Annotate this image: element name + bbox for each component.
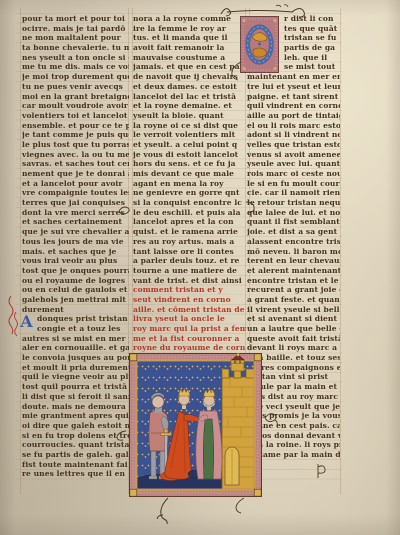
text-line: donques prist tristan xyxy=(22,314,129,324)
text-line: avoit fait remanoir la xyxy=(133,43,246,53)
text-line: galehols jen mettrai mlt xyxy=(22,295,129,305)
text-line: queste avoit fait tristā xyxy=(247,334,340,344)
pen-flourish xyxy=(114,428,128,442)
text-line: courroucies. quant tristan xyxy=(22,440,129,450)
text-line: terent en leur chevaux xyxy=(247,256,340,266)
text-line: lancelot del lac et tristā xyxy=(133,92,246,102)
text-line: ou en celui de gaulois et xyxy=(22,285,129,295)
text-line: durement xyxy=(22,305,129,315)
text-line: tourne a une matiere de xyxy=(133,266,246,276)
text-line: car moult voudroie avoir xyxy=(22,101,129,111)
pen-flourish xyxy=(154,497,172,525)
rubric-line: aille. et cōment tristan de xyxy=(133,305,246,315)
rubric-line: roy marc qui la prist a fem xyxy=(133,324,246,334)
pen-flourish xyxy=(263,410,279,426)
text-line: agant en mena la roy xyxy=(133,179,246,189)
text-line: li dist que si feroit il sanz xyxy=(22,392,129,402)
text-line: mis devant ce que male xyxy=(133,169,246,179)
tower xyxy=(222,369,254,489)
text-line: tre lui et yseut et leur cō xyxy=(247,82,340,92)
inline-initial-a: A xyxy=(19,312,34,333)
pen-flourish-initial xyxy=(229,60,245,82)
text-line: et alerent maintenant xyxy=(247,266,340,276)
text-line: autres si se mist en mer pō xyxy=(22,334,129,344)
text-line: yseule avec lui. quant li xyxy=(247,159,340,169)
text-line: ne mon maltalent pour xyxy=(22,33,129,43)
manuscript-page: pour ta mort et pour toiocirre. mais je … xyxy=(0,0,400,535)
text-line: aler en cornouaille. et gal xyxy=(22,343,129,353)
text-line: ocirre. mais je tai pardō xyxy=(22,24,129,34)
text-line: velles que tristan estoit xyxy=(247,140,340,150)
text-line: dont la vre merci serres xyxy=(22,208,129,218)
text-line: tant laisse ore li contes xyxy=(133,247,246,257)
text-line: vous irai veoir au plus xyxy=(22,256,129,266)
text-line: oi dire que galeh estoit mors xyxy=(22,421,129,431)
text-line: ire la femme le roy ar xyxy=(133,24,246,34)
text-line: lancelot apres et la con xyxy=(133,217,246,227)
text-line: ensemble. et pour ce te pri xyxy=(22,121,129,131)
text-line: quant il fist semblant de xyxy=(247,217,340,227)
text-line: doute. mais ne demoura xyxy=(22,402,129,412)
text-line: et moult li pria durement xyxy=(22,363,129,373)
vertical-ruling xyxy=(20,8,21,494)
text-line: adont si li vindrent no xyxy=(247,130,340,140)
text-line: quil le viegne veoir au plus xyxy=(22,372,129,382)
text-line: fist toute maintenant fai xyxy=(22,460,129,470)
pen-flourish xyxy=(117,204,131,218)
text-line: re unes lettres que il en xyxy=(22,469,129,479)
text-line: paigne. et tant sirent xyxy=(247,92,340,102)
text-line: et saches certainement xyxy=(22,217,129,227)
text-line: cie. car il namoit riens que xyxy=(247,188,340,198)
text-line: a parler deuls touz. et re xyxy=(133,256,246,266)
text-line: mie grantment apres quil xyxy=(22,411,129,421)
rubric-line: royne du royaume de corn. xyxy=(133,343,246,353)
text-line: quist. et le ramena arrie xyxy=(133,227,246,237)
text-line: el ou li rois marc estoit xyxy=(247,121,340,131)
text-line: devant li roys marc a cui xyxy=(247,343,340,353)
text-line: nement que je te donrai a toi xyxy=(22,169,129,179)
text-line: ne genievre en gorre qnt xyxy=(133,188,246,198)
text-line: ou el royaume de logres xyxy=(22,276,129,286)
red-paraph-mark xyxy=(6,294,16,336)
text-line: et deux dames. ce estoit xyxy=(133,82,246,92)
text-line: alassent encontre tristā xyxy=(247,237,340,247)
king-crown xyxy=(204,389,215,397)
text-line: viegnes avec. la ou tu me xyxy=(22,150,129,160)
text-line: yseult la bloie. quant xyxy=(133,111,246,121)
pen-flourish xyxy=(314,462,328,482)
text-line: et la royne demaine. et xyxy=(133,101,246,111)
text-line: si la conquist encontre lc xyxy=(133,198,246,208)
text-line: terres que jai conquises xyxy=(22,198,129,208)
text-line: la royne oi ce si dist que xyxy=(133,121,246,131)
text-line: le plus tost que tu porras xyxy=(22,140,129,150)
text-line: le convoia jusques au port xyxy=(22,353,129,363)
rubric-line: livra yseut la oncle le xyxy=(133,314,246,324)
rubric-line: me et la fist couronner a xyxy=(133,334,246,344)
text-line: tost quil pourra et tristā xyxy=(22,382,129,392)
illuminated-initial-o: O xyxy=(240,16,279,73)
text-line: venus si avoit amenee xyxy=(247,150,340,160)
text-line: je vous di estoit lancelot xyxy=(133,150,246,160)
text-line: et si avenant si dient li xyxy=(247,314,340,324)
text-line: et yseult. a celui point q xyxy=(133,140,246,150)
text-line: mais. et saches que je xyxy=(22,247,129,257)
text-line: joie. et dist a sa gent que xyxy=(247,227,340,237)
initial-o-artwork xyxy=(240,16,279,73)
text-line: rois marc oi ceste nouvel xyxy=(247,169,340,179)
vertical-ruling xyxy=(340,8,341,494)
text-line: volentiers toi et lancelot xyxy=(22,111,129,121)
text-line: vant de trist. et dist ainsi xyxy=(133,276,246,286)
text-line: je moi trop durement que xyxy=(22,72,129,82)
text-line: a grant feste. et quant xyxy=(247,295,340,305)
text-line: que je sui vre chevalier a xyxy=(22,227,129,237)
text-line: le si en fu moult courrou xyxy=(247,179,340,189)
text-line: tous les jours de ma vie xyxy=(22,237,129,247)
text-line: vre compaignie toutes les xyxy=(22,188,129,198)
text-line: hors du sens. et ce fu ja xyxy=(133,159,246,169)
text-line: ta bonne chevalerie. tu mai xyxy=(22,43,129,53)
text-line: je tant comme je puis que xyxy=(22,130,129,140)
text-column-a: pour ta mort et pour toiocirre. mais je … xyxy=(22,14,129,479)
queen-crown xyxy=(179,389,190,397)
text-line: le deu eschill. et puis ala xyxy=(133,208,246,218)
text-line: tost que je onques pourray xyxy=(22,266,129,276)
text-line: pour ta mort et pour toi xyxy=(22,14,129,24)
miniature-painting xyxy=(129,353,262,497)
text-line: tus. et li manda que il xyxy=(133,33,246,43)
rubric-line: seut vindrent en corno xyxy=(133,295,246,305)
text-line: le verroit volentiers mlt xyxy=(133,130,246,140)
text-line: et a lancelot pour avoir xyxy=(22,179,129,189)
text-line: quil vindrent en corno xyxy=(247,101,340,111)
text-line: nes yseult a ton oncle si cō xyxy=(22,53,129,63)
text-line: aille au port de tintaigu xyxy=(247,111,340,121)
text-line: savras. et saches tout certai xyxy=(22,159,129,169)
text-line: tu ne pues venir avecqs xyxy=(22,82,129,92)
text-line: que lalee de lui. et nonpor xyxy=(247,208,340,218)
text-line: moi en la grant bretaigne xyxy=(22,92,129,102)
text-line: le retour tristan nequn xyxy=(247,198,340,208)
text-line: encontre tristan et le xyxy=(247,276,340,286)
text-line: maintenant en mer en xyxy=(247,72,340,82)
text-line: recurent a grant joie et xyxy=(247,285,340,295)
text-line: congie et a touz les xyxy=(22,324,129,334)
pen-flourish xyxy=(243,199,257,215)
text-line: mō neveu. li baron mon xyxy=(247,247,340,257)
rubric-line: comment tristan et y xyxy=(133,285,246,295)
pen-flourish xyxy=(232,497,248,515)
text-line: se fu partis de galeh. galehl xyxy=(22,450,129,460)
text-line: res au roy artus. mais a xyxy=(133,237,246,247)
text-line: si en fu trop dolens et trop xyxy=(22,431,129,441)
text-line: il virent yseule si belle xyxy=(247,305,340,315)
text-line: un a lautre que belle con xyxy=(247,324,340,334)
text-line: me tu me dis. mais ce voi xyxy=(22,62,129,72)
